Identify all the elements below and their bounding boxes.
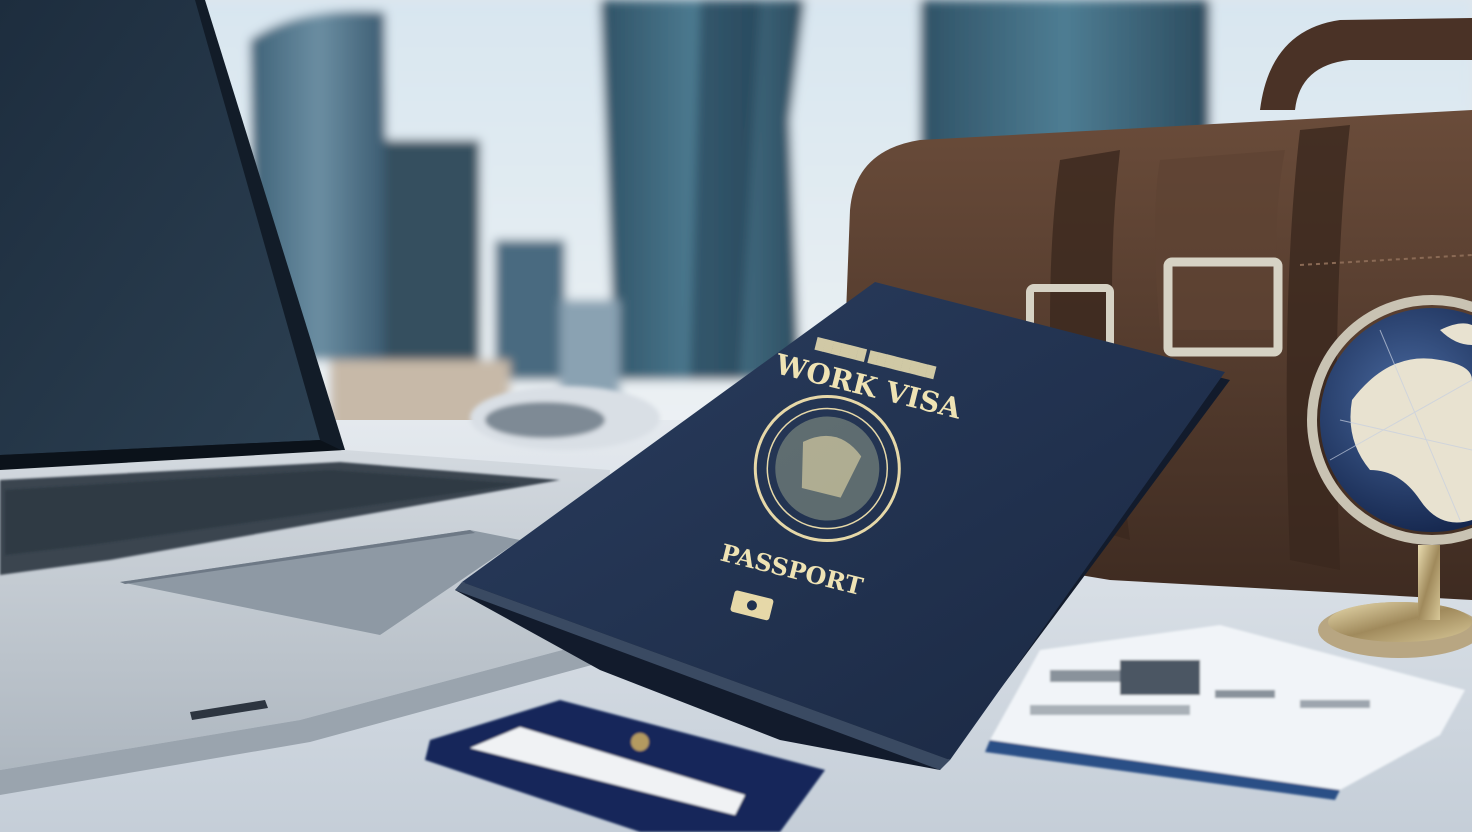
- computer-mouse: [470, 386, 660, 450]
- photo-scene: ██████ ████████ WORK VISA PASSPORT: [0, 0, 1472, 832]
